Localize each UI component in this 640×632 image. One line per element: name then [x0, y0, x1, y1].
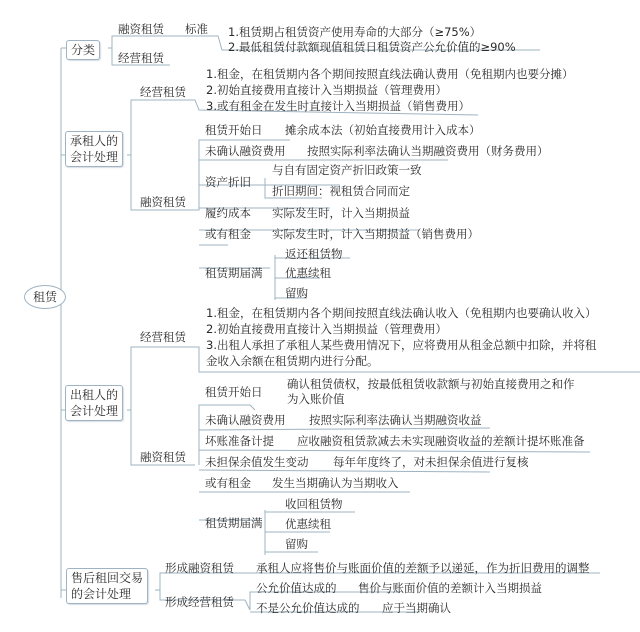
sale-leaseback-row-value: 应于当期确认	[382, 601, 451, 615]
sale-leaseback-finance-lease: 形成融资租赁	[165, 561, 234, 575]
lessee-row-value: 实际发生时，计入当期损益	[272, 206, 410, 220]
sale-leaseback-label-line-1: 售后租回交易	[71, 570, 143, 586]
lessee-label-line-1: 承租人的	[70, 133, 118, 149]
lessee-row-key: 或有租金	[205, 227, 251, 241]
lessor-row-value: 优惠续租	[285, 517, 331, 531]
lessor-row-value: 收回租赁物	[285, 497, 343, 511]
lessee-row-key: 未确认融资费用	[205, 144, 286, 158]
node-lessee: 承租人的 会计处理	[65, 131, 123, 167]
node-lessor: 出租人的 会计处理	[65, 385, 123, 421]
sale-leaseback-row-key: 不是公允价值达成的	[256, 601, 360, 615]
lessor-operating-item-3: 3.出租人承担了承租人某些费用情况下，应将费用从租金总额中扣除，并将租	[206, 338, 596, 352]
lessor-row-value: 发生当期确认为当期收入	[272, 476, 399, 490]
lessor-row-value: 确认租赁债权，按最低租赁收款额与初始直接费用之和作	[287, 377, 575, 391]
lessor-row-key: 或有租金	[205, 476, 251, 490]
lessee-row-key: 租赁期届满	[205, 266, 263, 280]
criterion-2: 2.最低租赁付款额现值租赁日租赁资产公允价值的≥90%	[228, 40, 516, 54]
lessor-row-value: 每年年度终了，对未担保余值进行复核	[333, 455, 529, 469]
root-node: 租赁	[24, 285, 66, 309]
lessee-row-value: 留购	[285, 286, 308, 300]
lessee-label-line-2: 会计处理	[70, 149, 118, 165]
lessee-row-value: 实际发生时，计入当期损益（销售费用）	[272, 227, 479, 241]
lessee-operating-item-2: 2.初始直接费用直接计入当期损益（管理费用）	[206, 83, 447, 97]
lessor-row-key: 租赁期届满	[205, 516, 263, 530]
sale-leaseback-label-line-2: 的会计处理	[71, 586, 143, 602]
lessee-operating-item-3: 3.或有租金在发生时直接计入当期损益（销售费用）	[206, 99, 470, 113]
node-standard: 标准	[185, 22, 208, 36]
lessor-row-value: 应收融资租赁款减去未实现融资收益的差额计提坏账准备	[297, 434, 585, 448]
lessor-operating-lease: 经营租赁	[140, 330, 186, 344]
lessor-finance-lease: 融资租赁	[140, 450, 186, 464]
lessor-label-line-1: 出租人的	[70, 387, 118, 403]
lessor-row-value: 为入账价值	[287, 392, 345, 406]
sale-leaseback-finance-value: 承租人应将售价与账面价值的差额予以递延，作为折旧费用的调整	[256, 561, 590, 575]
lessee-finance-lease: 融资租赁	[140, 195, 186, 209]
lessee-operating-lease: 经营租赁	[140, 85, 186, 99]
lessor-row-value: 按照实际利率法确认当期融资收益	[309, 413, 482, 427]
lessee-row-key: 履约成本	[205, 206, 251, 220]
lessee-row-value: 返还租赁物	[285, 247, 343, 261]
lessee-row-value: 摊余成本法（初始直接费用计入成本）	[285, 123, 481, 137]
lessor-label-line-2: 会计处理	[70, 403, 118, 419]
lessor-operating-item-2: 2.初始直接费用直接计入当期损益（管理费用）	[206, 322, 447, 336]
node-sale-leaseback: 售后租回交易 的会计处理	[66, 568, 148, 604]
node-finance-lease: 融资租赁	[118, 22, 164, 36]
lessee-row-key: 租赁开始日	[205, 123, 263, 137]
sale-leaseback-row-key: 公允价值达成的	[256, 581, 337, 595]
lessee-row-key: 资产折旧	[205, 175, 251, 189]
node-operating-lease: 经营租赁	[118, 51, 164, 65]
lessor-operating-item-4: 金收入余额在租赁期内进行分配。	[206, 354, 379, 368]
lessor-row-key: 租赁开始日	[205, 385, 263, 399]
lessee-row-value: 与自有固定资产折旧政策一致	[272, 163, 422, 177]
lessor-operating-item-1: 1.租金，在租赁期内各个期间按照直线法确认收入（免租期内也要确认收入）	[206, 306, 596, 320]
sale-leaseback-operating-lease: 形成经营租赁	[165, 595, 234, 609]
lessor-row-key: 未确认融资费用	[205, 413, 286, 427]
criterion-1: 1.租赁期占租赁资产使用寿命的大部分（≥75%）	[228, 25, 481, 39]
lessor-row-key: 未担保余值发生变动	[205, 455, 309, 469]
lessor-row-value: 留购	[285, 537, 308, 551]
sale-leaseback-row-value: 售价与账面价值的差额计入当期损益	[358, 581, 542, 595]
lessee-operating-item-1: 1.租金，在租赁期内各个期间按照直线法确认费用（免租期内也要分摊）	[206, 67, 573, 81]
node-classification: 分类	[66, 40, 100, 60]
lessor-row-key: 坏账准备计提	[205, 434, 274, 448]
lessee-row-value: 按照实际利率法确认当期融资费用（财务费用）	[307, 144, 549, 158]
lessee-row-value: 折旧期间：视租赁合同而定	[272, 184, 410, 198]
lessee-row-value: 优惠续租	[285, 266, 331, 280]
